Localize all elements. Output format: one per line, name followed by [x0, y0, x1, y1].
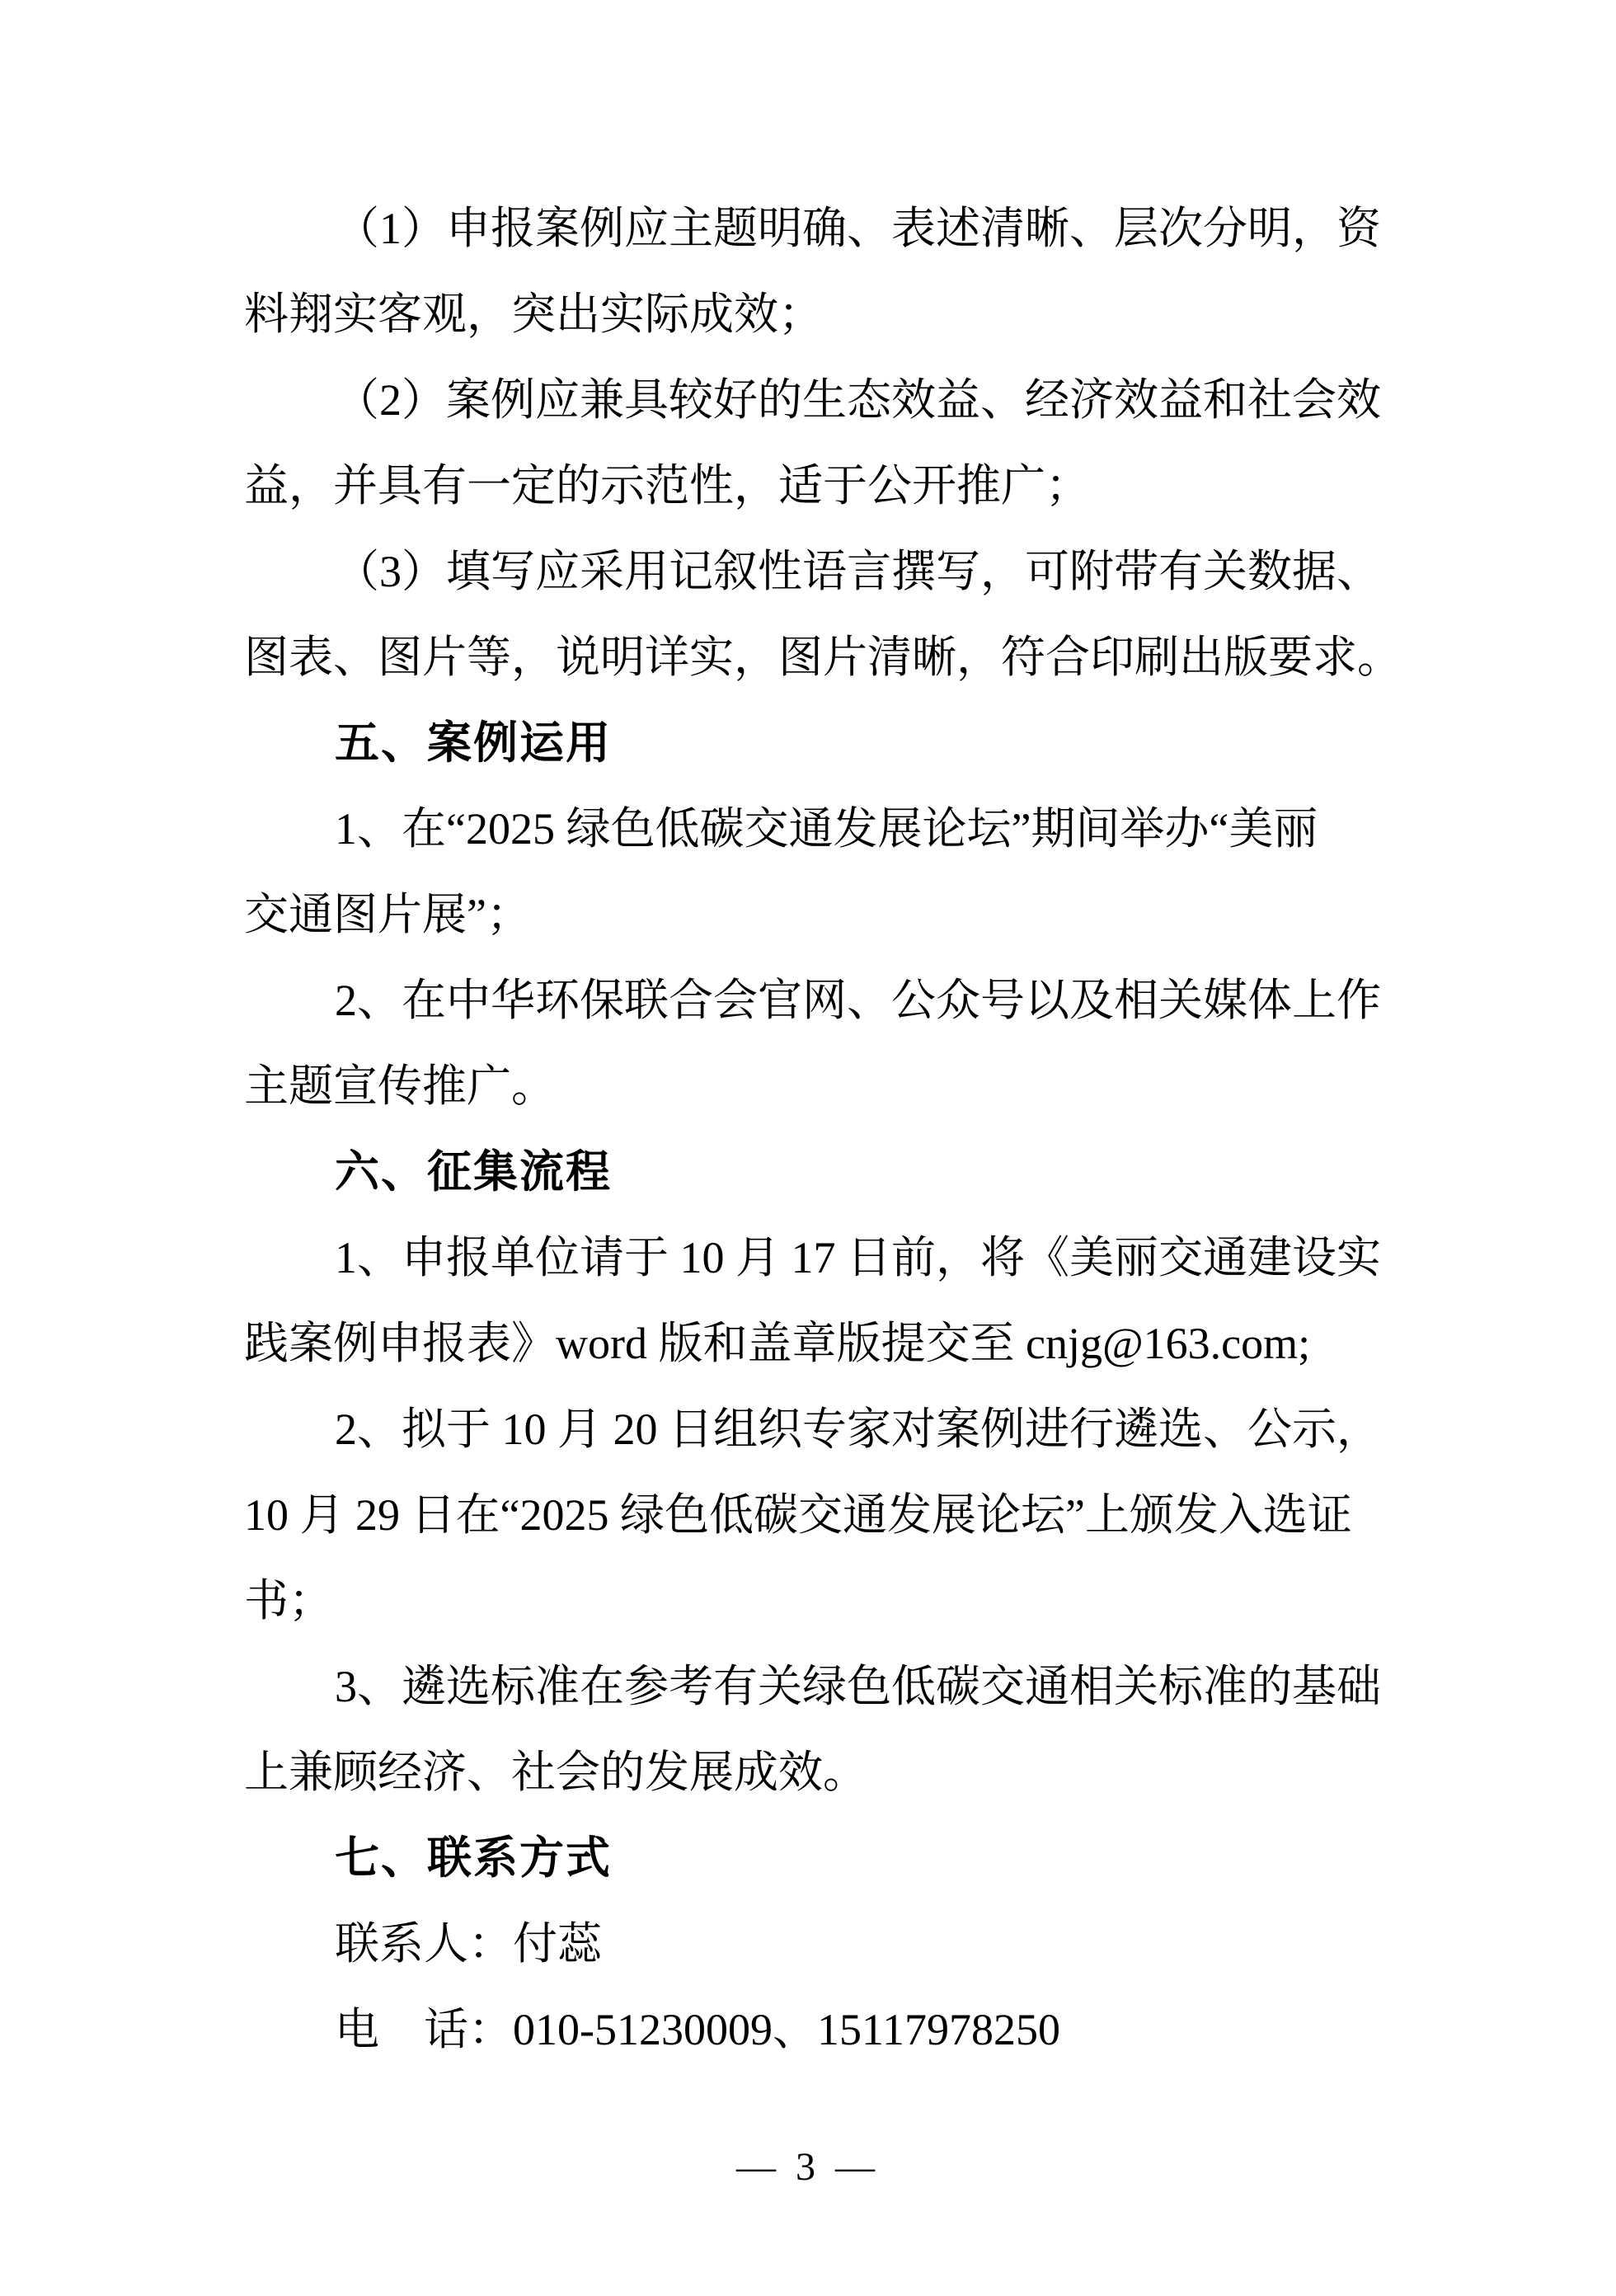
- document-line: 书；: [244, 1558, 1398, 1644]
- document-line: 3、遴选标准在参考有关绿色低碳交通相关标准的基础: [244, 1644, 1398, 1729]
- document-body: （1）申报案例应主题明确、表述清晰、层次分明，资料翔实客观，突出实际成效；（2）…: [244, 186, 1398, 2073]
- document-line: 上兼顾经济、社会的发展成效。: [244, 1729, 1398, 1815]
- document-line: 交通图片展”；: [244, 872, 1398, 957]
- section-heading: 六、征集流程: [244, 1129, 1398, 1215]
- section-heading: 七、联系方式: [244, 1815, 1398, 1901]
- document-line: 2、拟于 10 月 20 日组织专家对案例进行遴选、公示，: [244, 1386, 1398, 1472]
- document-line: 10 月 29 日在“2025 绿色低碳交通发展论坛”上颁发入选证: [244, 1472, 1398, 1558]
- document-line: （3）填写应采用记叙性语言撰写，可附带有关数据、: [244, 529, 1398, 614]
- document-line: 1、申报单位请于 10 月 17 日前，将《美丽交通建设实: [244, 1215, 1398, 1301]
- document-line: 益，并具有一定的示范性，适于公开推广；: [244, 443, 1398, 529]
- document-page: （1）申报案例应主题明确、表述清晰、层次分明，资料翔实客观，突出实际成效；（2）…: [0, 0, 1616, 2296]
- document-line: 料翔实客观，突出实际成效；: [244, 271, 1398, 357]
- document-line: （2）案例应兼具较好的生态效益、经济效益和社会效: [244, 357, 1398, 443]
- document-line: 1、在“2025 绿色低碳交通发展论坛”期间举办“美丽: [244, 786, 1398, 872]
- document-line: 联系人：付蕊: [244, 1901, 1398, 1987]
- document-line: 主题宣传推广。: [244, 1043, 1398, 1129]
- document-line: 图表、图片等，说明详实，图片清晰，符合印刷出版要求。: [244, 614, 1398, 700]
- page-number: — 3 —: [0, 2143, 1616, 2192]
- document-line: 2、在中华环保联合会官网、公众号以及相关媒体上作: [244, 957, 1398, 1043]
- document-line: 践案例申报表》word 版和盖章版提交至 cnjg@163.com;: [244, 1301, 1398, 1386]
- document-line: （1）申报案例应主题明确、表述清晰、层次分明，资: [244, 186, 1398, 271]
- section-heading: 五、案例运用: [244, 700, 1398, 786]
- document-line: 电 话：010-51230009、15117978250: [244, 1987, 1398, 2073]
